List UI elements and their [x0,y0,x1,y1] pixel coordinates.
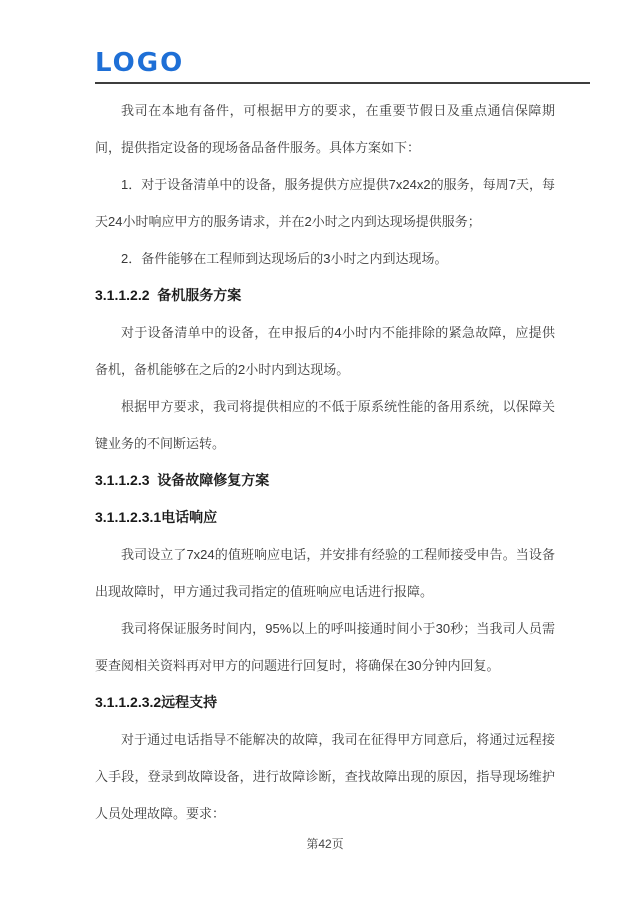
paragraph-remote-support: 对于通过电话指导不能解决的故障，我司在征得甲方同意后，将通过远程接入手段，登录到… [95,721,555,832]
document-page: LOGO 我司在本地有备件，可根据甲方的要求，在重要节假日及重点通信保障期间，提… [0,0,640,906]
section-heading-remote-support: 3.1.1.2.3.2远程支持 [95,684,555,721]
document-body: 我司在本地有备件，可根据甲方的要求，在重要节假日及重点通信保障期间，提供指定设备… [95,92,555,832]
section-heading-backup-machine-plan: 3.1.1.2.2 备机服务方案 [95,277,555,314]
paragraph-phone-response-2: 我司将保证服务时间内，95%以上的呼叫接通时间小于30秒；当我司人员需要查阅相关… [95,610,555,684]
paragraph-phone-response-1: 我司设立了7x24的值班响应电话，并安排有经验的工程师接受申告。当设备出现故障时… [95,536,555,610]
section-heading-phone-response: 3.1.1.2.3.1电话响应 [95,499,555,536]
list-item-1-service-7x24x2: 1．对于设备清单中的设备，服务提供方应提供7x24x2的服务，每周7天，每天24… [95,166,555,240]
section-heading-fault-repair-plan: 3.1.1.2.3 设备故障修复方案 [95,462,555,499]
paragraph-backup-machine-1: 对于设备清单中的设备，在申报后的4小时内不能排除的紧急故障，应提供备机，备机能够… [95,314,555,388]
page-number: 第42页 [95,836,555,852]
paragraph-backup-machine-2: 根据甲方要求，我司将提供相应的不低于原系统性能的备用系统，以保障关键业务的不间断… [95,388,555,462]
company-logo: LOGO [95,50,545,76]
header-divider [95,82,590,84]
paragraph-spare-parts-intro: 我司在本地有备件，可根据甲方的要求，在重要节假日及重点通信保障期间，提供指定设备… [95,92,555,166]
list-item-2-spares-arrival: 2．备件能够在工程师到达现场后的3小时之内到达现场。 [95,240,555,277]
